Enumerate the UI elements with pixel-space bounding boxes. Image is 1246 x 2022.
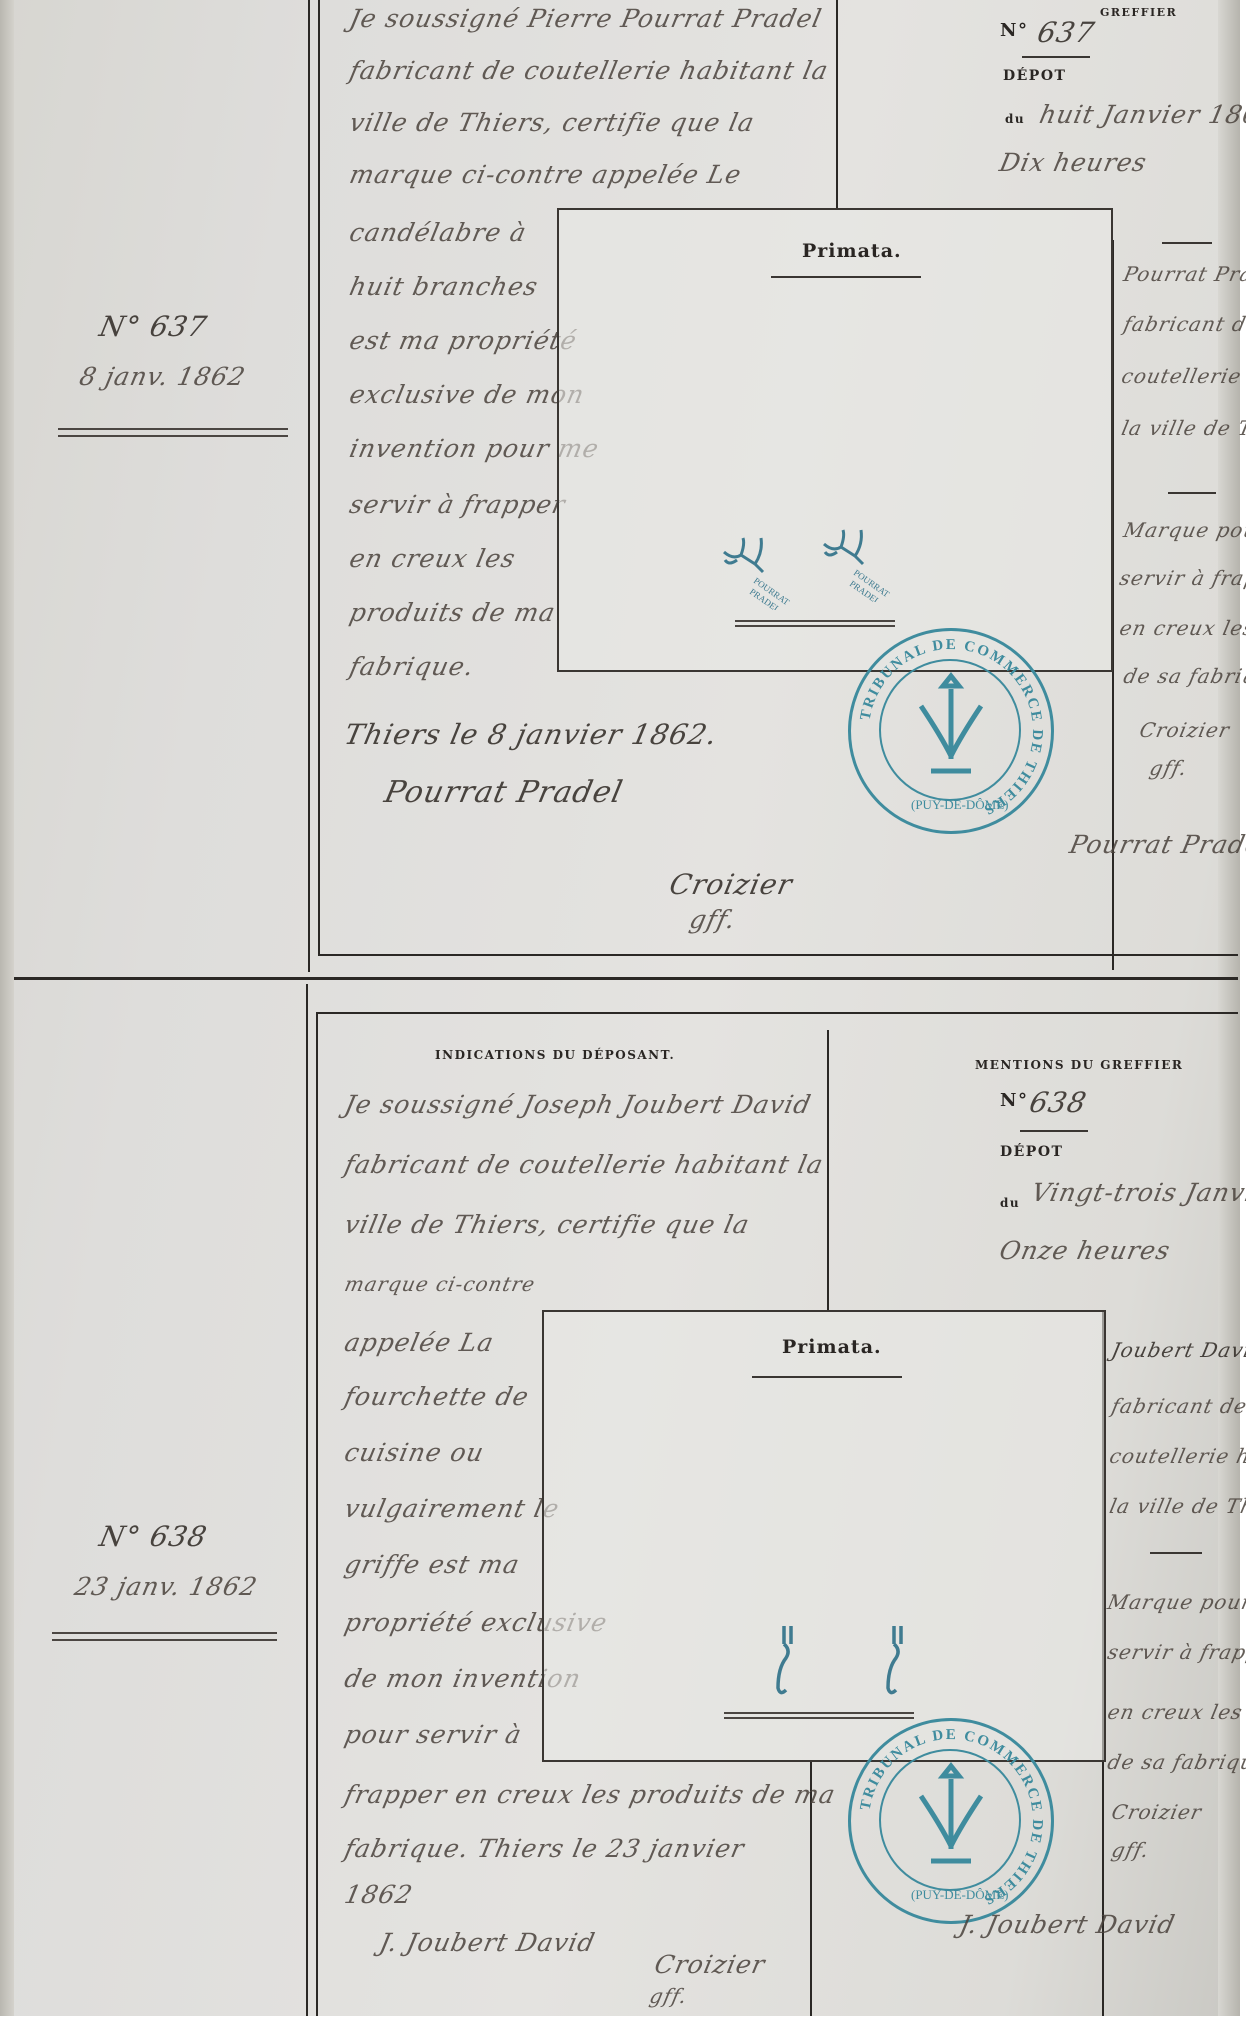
right-note-line: Marque pour [1121, 518, 1246, 542]
right-note-line: la ville de Thiers [1119, 416, 1246, 440]
number-underline [1020, 1130, 1088, 1132]
depositor-line: Je soussigné Pierre Pourrat Pradel [347, 4, 825, 33]
greffier-column-rule [836, 0, 838, 210]
depositor-line: marque ci-contre [342, 1272, 537, 1296]
depot-time: Onze heures [997, 1236, 1173, 1265]
depositor-line: candélabre à [347, 218, 529, 247]
depot-date: Vingt-trois Janvier 18.. [1029, 1178, 1246, 1207]
depositor-signature: Pourrat Pradel [381, 775, 626, 810]
entry-bottom-rule [318, 954, 1238, 956]
left-column-rule [306, 984, 308, 2016]
right-note-signature: J. Joubert David [957, 1910, 1178, 1939]
depositor-line: appelée La [342, 1328, 497, 1357]
margin-entry-number: N° 637 [96, 310, 210, 343]
greffier-number: 637 [1034, 16, 1097, 49]
right-note-line: Joubert David [1109, 1338, 1246, 1362]
note-dash [1150, 1552, 1202, 1554]
right-note-line: Marque pour [1105, 1590, 1246, 1614]
margin-entry-date: 8 janv. 1862 [77, 362, 248, 391]
right-note-line: en creux les produits [1117, 616, 1246, 640]
depositor-line: ville de Thiers, certifie que la [342, 1210, 753, 1239]
depositor-line: marque ci-contre appelée Le [347, 160, 745, 189]
depositor-line: huit branches [347, 272, 541, 301]
depositor-line: fabrique. [347, 652, 477, 681]
depositor-line: fabricant de coutellerie habitant la [347, 56, 831, 85]
greffier-number: 638 [1026, 1086, 1089, 1119]
right-note-line: coutellerie habitant [1107, 1444, 1246, 1468]
depositor-line: ville de Thiers, certifie que la [347, 108, 758, 137]
tribunal-stamp: TRIBUNAL DE COMMERCE DE THIERS (PUY-DE-D… [848, 628, 1054, 834]
depositor-line: fourchette de [342, 1382, 532, 1411]
entry-top-rule [316, 1012, 1238, 1014]
depot-date: huit Janvier 1862 [1037, 100, 1246, 129]
depositor-signature: J. Joubert David [377, 1928, 598, 1957]
margin-entry-date: 23 janv. 1862 [72, 1572, 260, 1601]
depositor-line: pour servir à [342, 1720, 525, 1749]
page-spine [0, 0, 14, 2016]
depot-time: Dix heures [997, 148, 1150, 177]
mark-box: Primata. POURRAT PRADEL POURRAT PRADEL [557, 208, 1113, 672]
right-note-line: servir à frapper [1105, 1640, 1246, 1664]
stamp-subtitle: (PUY-DE-DÔME) [911, 797, 1009, 812]
depositor-line: Je soussigné Joseph Joubert David [342, 1090, 814, 1119]
number-underline [1022, 56, 1090, 58]
right-note-line: fabricant de [1121, 312, 1246, 336]
right-note-clerk: Croizier [1109, 1800, 1204, 1824]
right-note-line: de sa fabrique [1105, 1750, 1246, 1774]
right-note-signature: Pourrat Pradel [1067, 830, 1246, 859]
note-dash [1162, 242, 1212, 244]
mark-box-title: Primata. [802, 240, 902, 262]
clerk-signature: Croizier [666, 868, 795, 901]
depositor-line: produits de ma [347, 598, 558, 627]
right-note-line: fabricant de [1109, 1394, 1246, 1418]
register-page: N° 637 8 janv. 1862 Je soussigné Pierre … [0, 0, 1240, 2016]
fork-mark-icon [764, 1622, 804, 1702]
note-dash [1168, 492, 1216, 494]
mark-box-title: Primata. [782, 1336, 882, 1358]
right-note-line: de sa fabrique [1121, 664, 1246, 688]
right-note-paraph: gff. [1109, 1838, 1151, 1862]
title-underline [771, 276, 921, 278]
right-note-line: en creux les produits [1105, 1700, 1246, 1724]
greffier-header-partial: GREFFIER [1100, 6, 1177, 19]
depositor-line: frapper en creux les produits de ma [342, 1780, 839, 1809]
depositor-line: 1862 [342, 1880, 416, 1909]
greffier-no-label: N° [1000, 1090, 1028, 1111]
margin-underline [58, 428, 288, 437]
section-header-depositor: INDICATIONS DU DÉPOSANT. [435, 1048, 675, 1062]
depositor-line: est ma propriété [347, 326, 580, 355]
depositor-line: cuisine ou [342, 1438, 487, 1467]
right-note-line: servir à frapper [1117, 566, 1246, 590]
right-note-paraph: gff. [1147, 756, 1189, 780]
depositor-line: vulgairement le [342, 1494, 562, 1523]
margin-entry-number: N° 638 [96, 1520, 210, 1553]
depositor-line: servir à frapper [347, 490, 568, 519]
left-column-rule-inner [316, 1012, 318, 2016]
depot-label: DÉPOT [1000, 1144, 1063, 1160]
depositor-line: exclusive de mon [347, 380, 587, 409]
du-label: du [1000, 1196, 1020, 1210]
svg-text:(PUY-DE-DÔME): (PUY-DE-DÔME) [911, 1887, 1009, 1902]
candelabra-mark-icon: POURRAT PRADEL [719, 530, 799, 610]
right-note-line: coutellerie habitant [1119, 364, 1246, 388]
depositor-line: fabricant de coutellerie habitant la [342, 1150, 826, 1179]
greffier-no-label: N° [1000, 20, 1028, 41]
section-header-greffier: MENTIONS DU GREFFIER [975, 1058, 1183, 1072]
greffier-column-rule [827, 1030, 829, 1310]
depositor-line: en creux les [347, 544, 519, 573]
candelabra-mark-icon: POURRAT PRADEL [819, 522, 899, 602]
fork-mark-icon [874, 1622, 914, 1702]
right-note-line: la ville de Thiers [1107, 1494, 1246, 1518]
du-label: du [1005, 112, 1025, 126]
place-date-line: Thiers le 8 janvier 1862. [341, 718, 720, 751]
tribunal-stamp: TRIBUNAL DE COMMERCE DE THIERS (PUY-DE-D… [848, 1718, 1054, 1924]
depositor-line: griffe est ma [342, 1550, 523, 1579]
left-column-rule-inner [318, 0, 320, 956]
right-note-line: Pourrat Pradel [1121, 262, 1246, 286]
depositor-line: fabrique. Thiers le 23 janvier [342, 1834, 747, 1863]
entry-separator [14, 977, 1238, 980]
margin-underline [52, 1632, 277, 1641]
depot-label: DÉPOT [1003, 68, 1066, 84]
left-column-rule [308, 0, 310, 972]
clerk-paraph: gff. [647, 1984, 689, 2008]
title-underline [752, 1376, 902, 1378]
right-note-clerk: Croizier [1137, 718, 1232, 742]
mark-underline [724, 1712, 914, 1719]
mark-underline [735, 620, 895, 627]
clerk-paraph: gff. [687, 905, 739, 934]
mark-box: Primata. [542, 1310, 1106, 1762]
clerk-signature: Croizier [652, 1950, 768, 1979]
